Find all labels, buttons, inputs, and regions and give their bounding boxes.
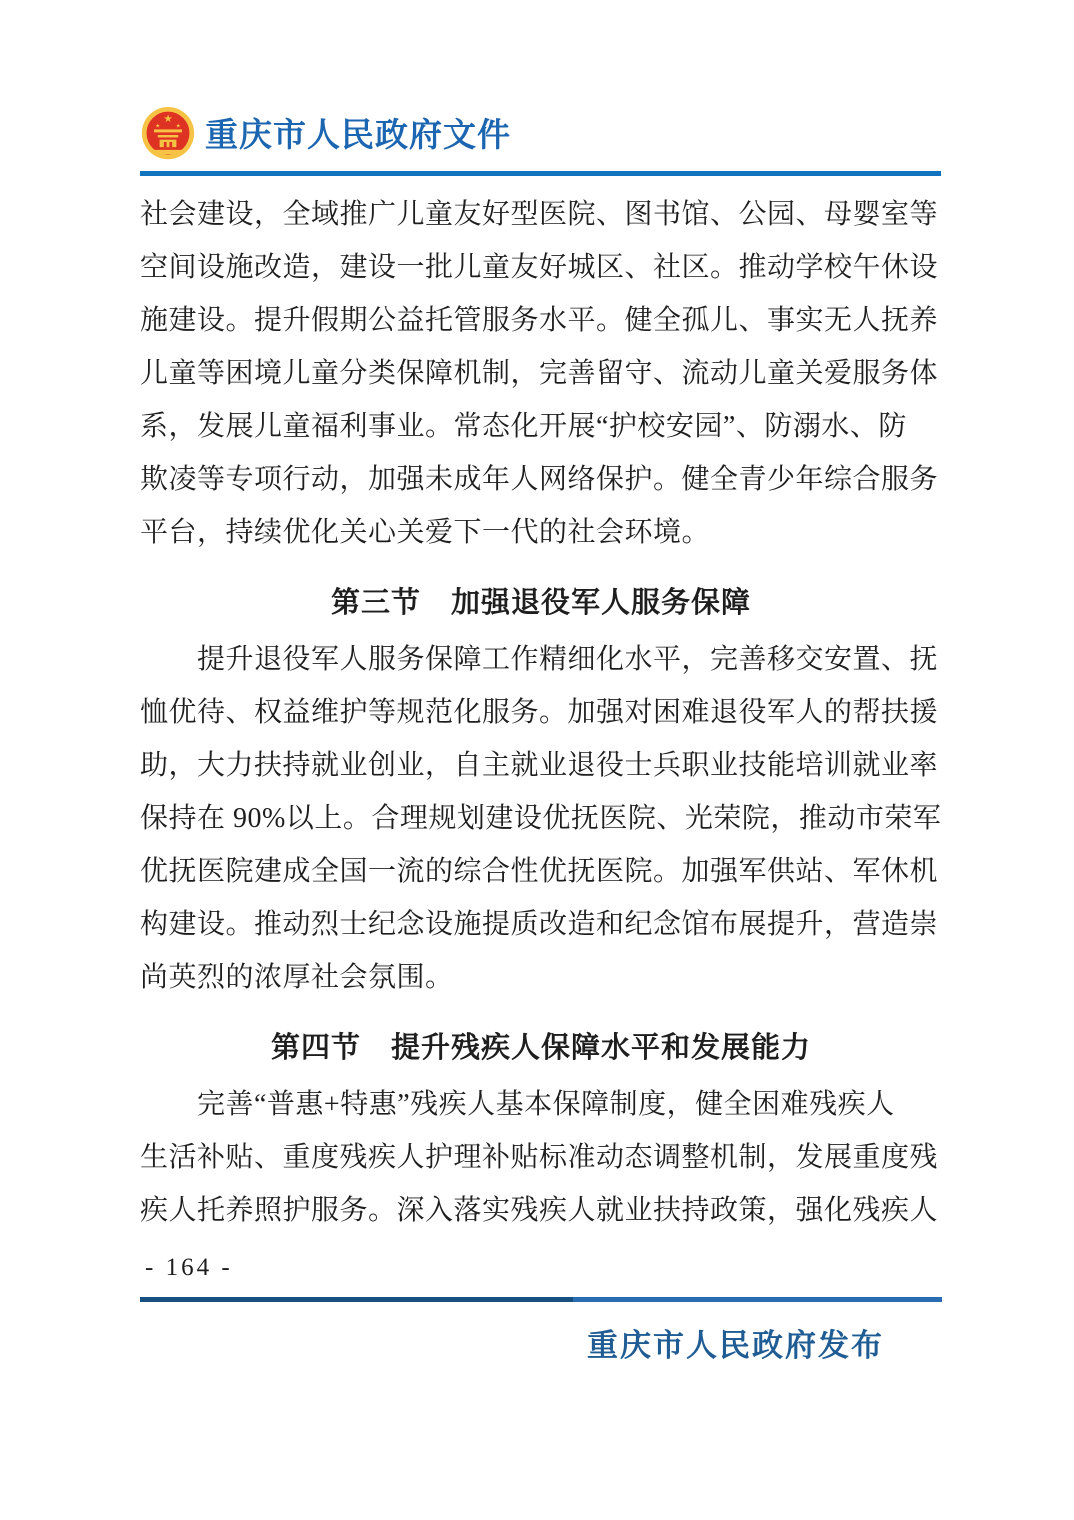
document-text-line: 欺凌等专项行动，加强未成年人网络保护。健全青少年综合服务 <box>140 453 942 506</box>
document-text-line: 恤优待、权益维护等规范化服务。加强对困难退役军人的帮扶援 <box>140 686 942 739</box>
document-body: 社会建设，全域推广儿童友好型医院、图书馆、公园、母婴室等空间设施改造，建设一批儿… <box>140 188 942 1237</box>
document-text-line: 空间设施改造，建设一批儿童友好城区、社区。推动学校午休设 <box>140 241 942 294</box>
document-text-line: 生活补贴、重度残疾人护理补贴标准动态调整机制，发展重度残 <box>140 1131 942 1184</box>
svg-text:★: ★ <box>176 123 181 130</box>
document-text-line: 构建设。推动烈士纪念设施提质改造和纪念馆布展提升，营造崇 <box>140 898 942 951</box>
document-text-line: 疾人托养照护服务。深入落实残疾人就业扶持政策，强化残疾人 <box>140 1184 942 1237</box>
document-text-line: 助，大力扶持就业创业，自主就业退役士兵职业技能培训就业率 <box>140 739 942 792</box>
svg-text:★: ★ <box>155 123 160 130</box>
document-page: ★ ★ ★ 重庆市人民政府文件 社会建设，全域推广儿童友好型医院、图书馆、公园、… <box>0 0 1074 1520</box>
document-text-line: 尚英烈的浓厚社会氛围。 <box>140 951 942 1004</box>
page-number: - 164 - <box>145 1253 233 1283</box>
document-text-line: 完善“普惠+特惠”残疾人基本保障制度，健全困难残疾人 <box>140 1078 942 1131</box>
document-text-line: 社会建设，全域推广儿童友好型医院、图书馆、公园、母婴室等 <box>140 188 942 241</box>
document-text-line: 儿童等困境儿童分类保障机制，完善留守、流动儿童关爱服务体 <box>140 347 942 400</box>
section-heading: 第四节 提升残疾人保障水平和发展能力 <box>140 1022 942 1075</box>
footer-divider <box>140 1297 942 1302</box>
document-text-line: 提升退役军人服务保障工作精细化水平，完善移交安置、抚 <box>140 633 942 686</box>
document-header: ★ ★ ★ 重庆市人民政府文件 <box>140 106 940 164</box>
document-text-line: 施建设。提升假期公益托管服务水平。健全孤儿、事实无人抚养 <box>140 294 942 347</box>
document-text-line: 保持在 90%以上。合理规划建设优抚医院、光荣院，推动市荣军 <box>140 792 942 845</box>
document-text-line: 平台，持续优化关心关爱下一代的社会环境。 <box>140 506 942 559</box>
document-text-line: 优抚医院建成全国一流的综合性优抚医院。加强军供站、军休机 <box>140 845 942 898</box>
section-heading: 第三节 加强退役军人服务保障 <box>140 577 942 630</box>
document-header-title: 重庆市人民政府文件 <box>205 117 511 153</box>
national-emblem-icon: ★ ★ ★ <box>140 106 196 164</box>
svg-text:★: ★ <box>163 114 172 125</box>
publisher-label: 重庆市人民政府发布 <box>587 1320 884 1365</box>
header-divider <box>140 171 941 176</box>
document-text-line: 系，发展儿童福利事业。常态化开展“护校安园”、防溺水、防 <box>140 400 942 453</box>
